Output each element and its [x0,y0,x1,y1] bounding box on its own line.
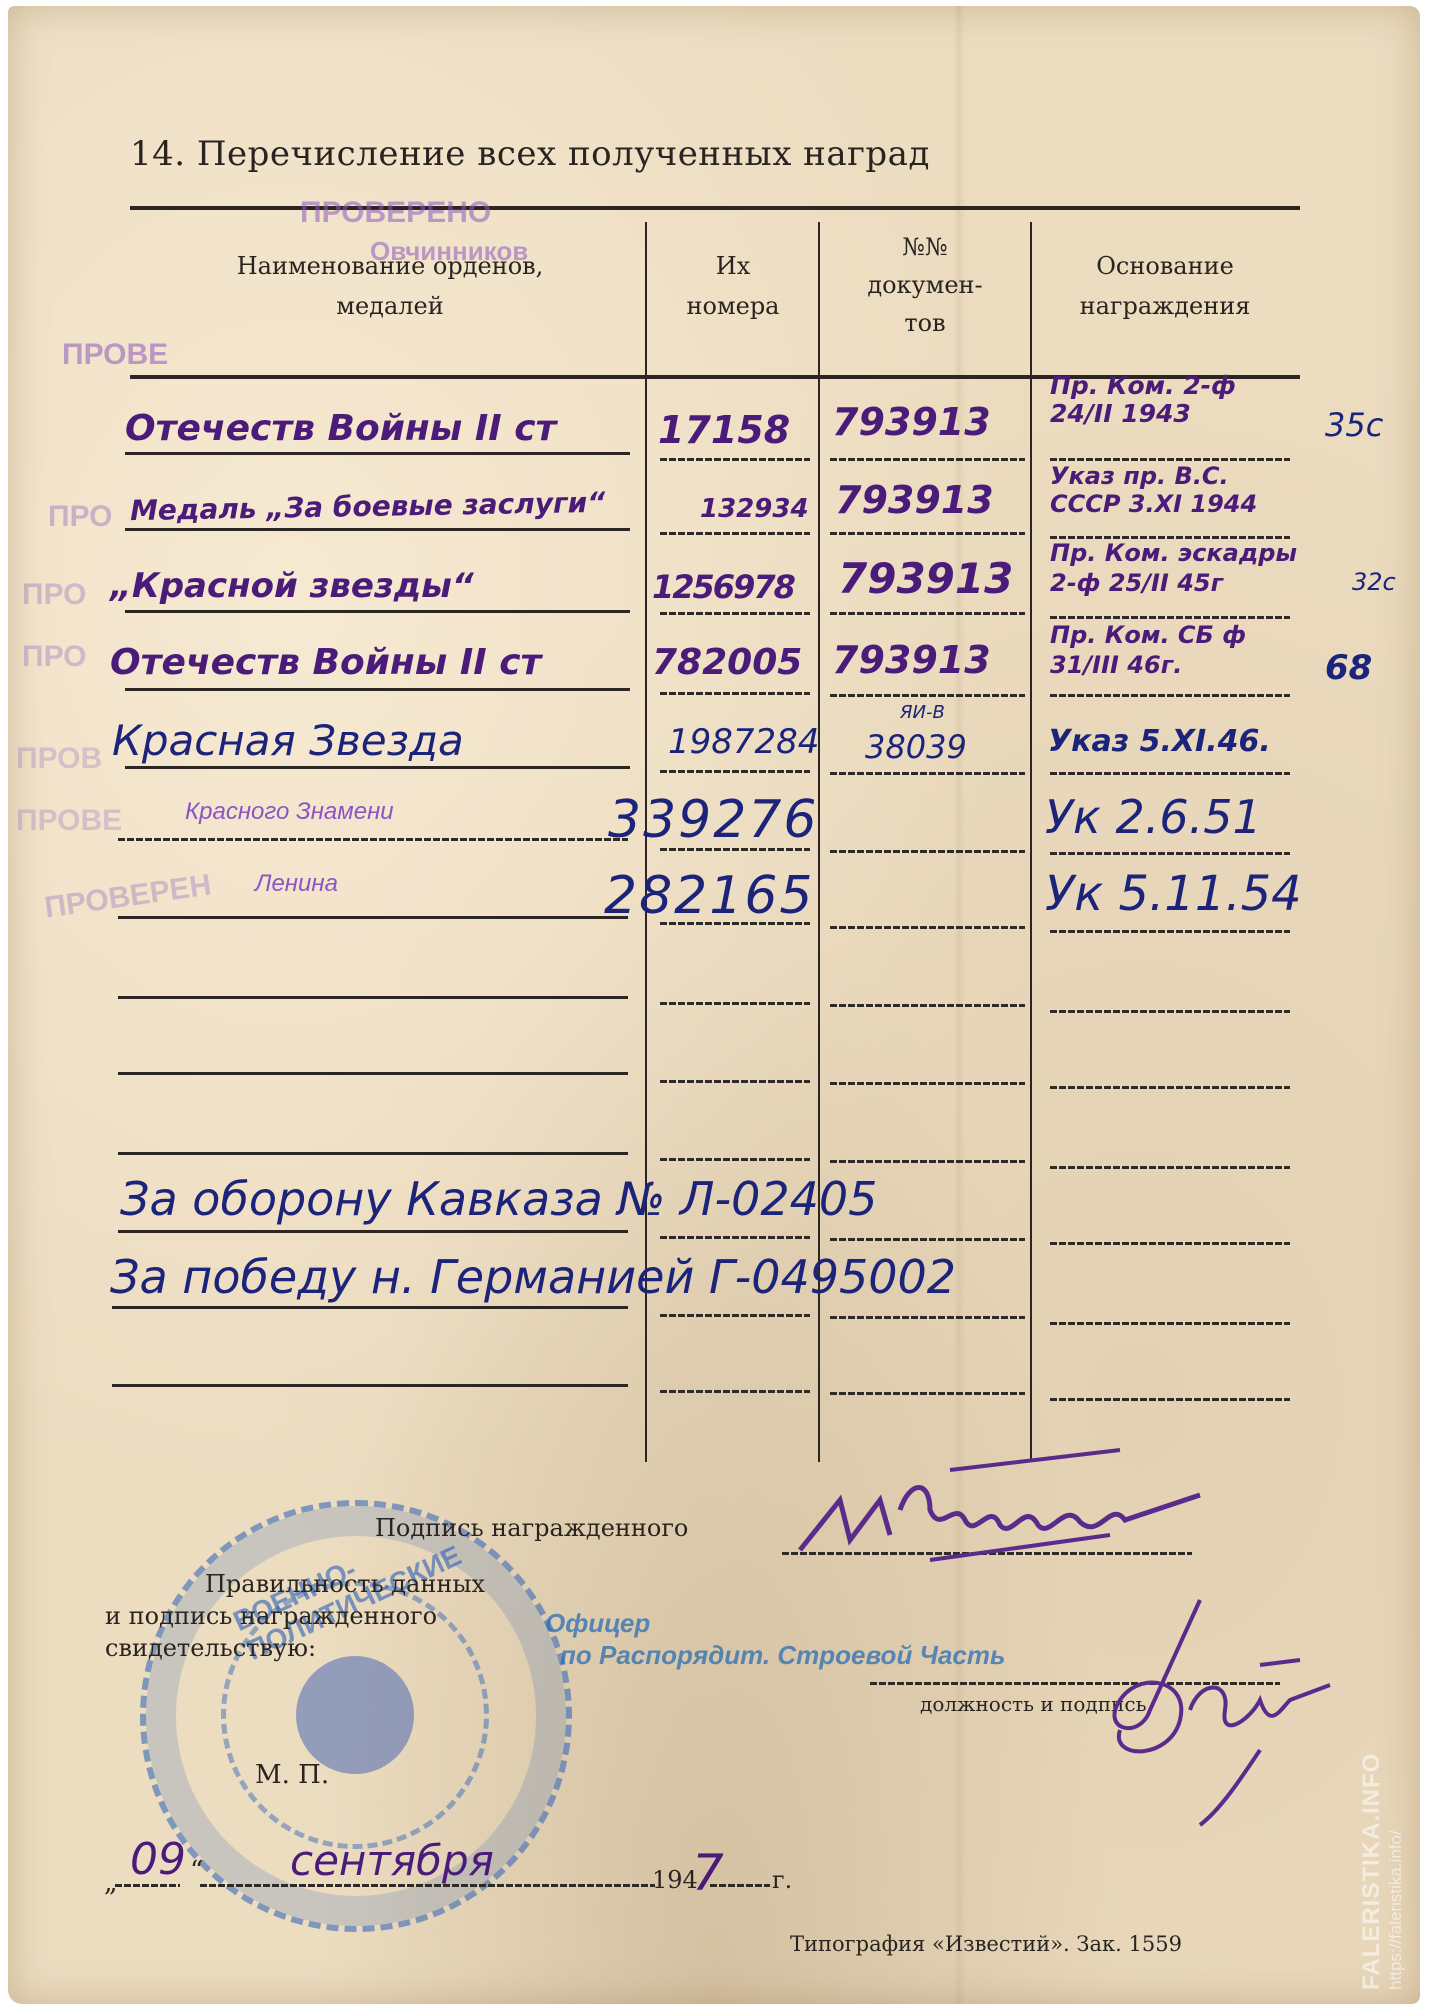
award-basis-3: Пр. Ком. эскадры 2-ф 25/II 45г [1050,538,1297,598]
column-divider-3 [1030,222,1032,1462]
extra-medal-line-2: За победу н. Германией Г-0495002 [110,1250,956,1304]
document-prefix-5: ЯИ-В [900,702,945,723]
extra-medal-line-1: За оборону Кавказа № Л-02405 [120,1172,877,1226]
officer-stamp-line-1: Офицер [545,1608,650,1639]
award-basis-2: Указ пр. В.С. СССР 3.XI 1944 [1050,462,1257,518]
document-number-2: 793913 [835,478,994,522]
award-name-1: Отечеств Войны II ст [125,408,556,449]
award-basis-7: Ук 5.11.54 [1045,866,1302,922]
award-number-1: 17158 [658,408,790,452]
award-basis-4: Пр. Ком. СБ ф 31/III 46г. [1050,620,1246,680]
officer-signature [1000,1590,1360,1830]
award-number-2: 132934 [700,494,809,524]
header-award-basis: Основание награждения [1035,246,1295,326]
award-basis-1: Пр. Ком. 2-ф 24/II 1943 [1050,372,1236,428]
certify-line-2: и подпись награжденного [105,1602,437,1630]
document-number-1: 793913 [832,400,991,444]
date-year-digit: 7 [692,1844,724,1902]
date-suffix: г. [772,1866,792,1894]
date-year-prefix: 194 [652,1866,698,1894]
award-name-3: „Красной звезды“ [110,566,474,606]
award-note-3: 32с [1352,568,1396,596]
award-basis-6: Ук 2.6.51 [1045,790,1262,844]
date-month: сентября [290,1836,494,1885]
award-number-3: 1256978 [652,568,794,606]
header-award-numbers: Их номера [648,246,818,326]
document-number-5: 38039 [865,728,967,766]
recipient-signature [780,1440,1220,1580]
award-name-6: Красного Знамени [185,798,394,826]
section-title: 14. Перечисление всех полученных наград [130,134,930,174]
emblem-icon [296,1656,414,1774]
document-number-4: 793913 [832,638,991,682]
award-number-7: 282165 [604,866,815,926]
header-document-numbers: №№ докумен- тов [820,228,1030,342]
award-number-6: 339276 [608,790,819,850]
certify-line-1: Правильность данных [205,1570,485,1598]
checked-stamp-side: ПРОВЕ [62,338,168,372]
recipient-signature-label: Подпись награжденного [375,1514,688,1542]
document-number-3: 793913 [838,554,1013,603]
award-number-4: 782005 [652,642,802,683]
certify-line-3: свидетельствую: [105,1634,316,1662]
seal-place-label: М. П. [255,1760,329,1790]
award-name-4: Отечеств Войны II ст [110,642,541,683]
award-name-5: Красная Звезда [112,716,464,765]
date-day: 09 [130,1834,186,1885]
award-number-5: 1987284 [668,722,819,762]
printer-imprint: Типография «Известий». Зак. 1559 [790,1932,1182,1956]
award-name-7: Ленина [255,870,338,898]
officer-stamp-line-2: по Распорядит. Строевой Часть [560,1640,1005,1671]
watermark: FALERISTIKA.INFO https://faleristika.inf… [1358,1753,1406,1990]
award-note-4: 68 [1325,648,1372,688]
checked-stamp-top: ПРОВЕРЕНО [300,196,491,230]
award-note-1: 35с [1325,406,1383,444]
checked-stamp-name: Овчинников [370,236,528,267]
award-basis-5: Указ 5.XI.46. [1048,724,1271,759]
